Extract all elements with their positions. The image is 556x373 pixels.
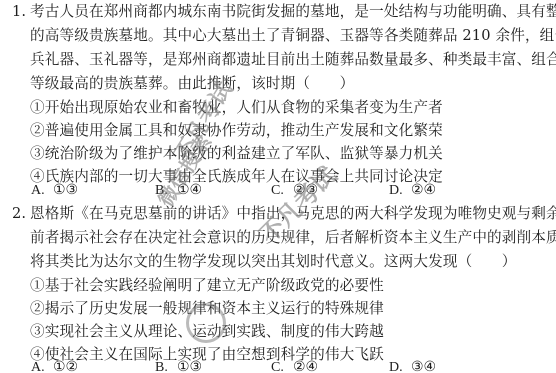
question-1-choice-c[interactable]: C.②③ <box>271 180 318 201</box>
question-2-number: 2. <box>12 204 26 224</box>
exam-page: 1. 考古人员在郑州商都内城东南书院街发掘的墓地，是一处结构与功能明确、具有整体… <box>0 0 556 373</box>
question-1-number: 1. <box>12 2 26 22</box>
question-1-choice-d[interactable]: D.②④ <box>389 180 436 201</box>
question-2-statement-1: ①基于社会实践经验阐明了建立无产阶级政党的必要性 <box>30 276 384 296</box>
question-1-stem-line-1: 考古人员在郑州商都内城东南书院街发掘的墓地，是一处结构与功能明确、具有整体系统性 <box>30 2 556 22</box>
question-2-stem-line-2: 前者揭示社会存在决定社会意识的历史规律，后者解析资本主义生产中的剥削本质，恩格斯 <box>30 228 556 248</box>
question-2-stem-line-3: 将其类比为达尔文的生物学发现以突出其划时代意义。这两大发现（ ） <box>30 252 517 272</box>
question-1-statement-1: ①开始出现原始农业和畜牧业，人们从食物的采集者变为生产者 <box>30 98 443 118</box>
question-2-choice-b[interactable]: B.①③ <box>155 357 202 373</box>
question-2-choices: A.①② B.①③ C.②④ D.③④ <box>31 357 551 373</box>
question-2-statement-2: ②揭示了历史发展一般规律和资本主义运行的特殊规律 <box>30 299 384 319</box>
question-1-statement-2: ②普遍使用金属工具和奴隶协作劳动，推动生产发展和文化繁荣 <box>30 121 443 141</box>
question-2-choice-c[interactable]: C.②④ <box>271 357 318 373</box>
question-1-statement-3: ③统治阶级为了维护本阶级的利益建立了军队、监狱等暴力机关 <box>30 144 443 164</box>
question-1-choice-b[interactable]: B.①④ <box>155 180 202 201</box>
question-2-choice-a[interactable]: A.①② <box>31 357 78 373</box>
question-1-stem-line-2: 的高等级贵族墓地。其中心大墓出土了青铜器、玉器等各类随葬品 210 余件，组合有… <box>30 26 556 46</box>
question-2-statement-3: ③实现社会主义从理论、运动到实践、制度的伟大跨越 <box>30 322 384 342</box>
question-2-choice-d[interactable]: D.③④ <box>389 357 436 373</box>
question-1-stem-line-3: 兵礼器、玉礼器等，是郑州商都遗址目前出土随葬品数量最多、种类最丰富、组合最完整、 <box>30 50 556 70</box>
question-1-stem-line-4: 等级最高的贵族墓葬。由此推断，该时期（ ） <box>30 74 354 94</box>
question-1-choice-a[interactable]: A.①③ <box>31 180 78 201</box>
question-1-choices: A.①③ B.①④ C.②③ D.②④ <box>31 180 551 200</box>
question-2-stem-line-1: 恩格斯《在马克思墓前的讲话》中指出，马克思的两大科学发现为唯物史观与剩余价值理论… <box>30 204 556 224</box>
